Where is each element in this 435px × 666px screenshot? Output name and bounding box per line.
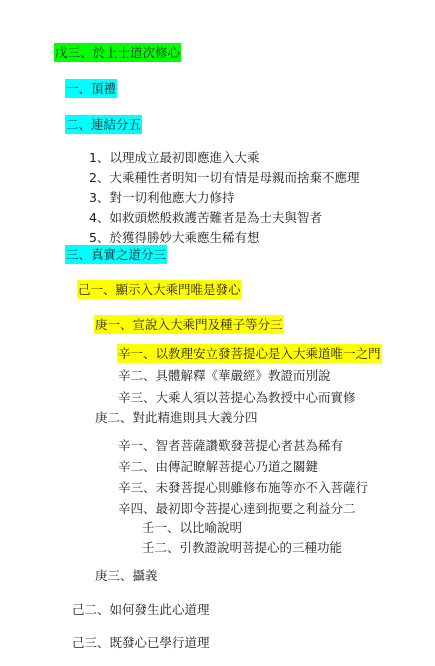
subsection-geng1-text: 庚一、宣說入大乘門及種子等分三: [94, 315, 284, 334]
list-item: 1、以理成立最初即應進入大乘: [89, 148, 259, 167]
list-item: 壬一、以比喻說明: [142, 518, 242, 537]
heading-wu3-text: 戊三、於上士道次修心: [54, 43, 181, 62]
subsection-ji1: 己一、顯示入大乘門唯是發心: [77, 280, 242, 299]
list-item: 辛一、智者菩薩讚歎發菩提心者甚為稀有: [118, 436, 343, 455]
list-item: 4、如救頭燃般救護苦難者是為士夫與智者: [89, 208, 322, 227]
list-item-xin1-highlighted: 辛一、以教理安立發菩提心是入大乘道唯一之門: [117, 344, 382, 363]
subsection-geng3: 庚三、攝義: [95, 566, 158, 585]
list-item: 辛二、由傳記瞭解菩提心乃道之關鍵: [118, 457, 318, 476]
list-item: 辛四、最初即令菩提心達到扼要之利益分二: [118, 499, 356, 518]
subsection-ji2: 己二、如何發生此心道理: [72, 600, 210, 619]
section-3-text: 三、真實之道分三: [65, 245, 167, 264]
section-1-text: 一、頂禮: [65, 79, 117, 98]
list-item: 辛二、具體解釋《華嚴經》教證而別說: [118, 366, 331, 385]
subsection-ji1-text: 己一、顯示入大乘門唯是發心: [77, 280, 242, 299]
list-item: 壬二、引教證說明菩提心的三種功能: [142, 538, 342, 557]
section-3: 三、真實之道分三: [65, 245, 167, 264]
list-item-xin1-text: 辛一、以教理安立發菩提心是入大乘道唯一之門: [117, 344, 382, 363]
section-1: 一、頂禮: [65, 79, 117, 98]
section-2-text: 二、連結分五: [65, 115, 142, 134]
section-2: 二、連結分五: [65, 115, 142, 134]
list-item: 3、對一切利他應大力修持: [89, 188, 234, 207]
list-item: 辛三、大乘人須以菩提心為教授中心而實修: [118, 388, 356, 407]
heading-wu3: 戊三、於上士道次修心: [54, 43, 181, 62]
subsection-ji3: 己三、既發心已學行道理: [72, 633, 210, 652]
subsection-geng2: 庚二、對此精進則具大義分四: [95, 408, 258, 427]
subsection-geng1: 庚一、宣說入大乘門及種子等分三: [94, 315, 284, 334]
list-item: 2、大乘種性者明知一切有情是母親而捨棄不應理: [89, 168, 359, 187]
list-item: 辛三、未發菩提心則雖修布施等亦不入菩薩行: [118, 478, 368, 497]
